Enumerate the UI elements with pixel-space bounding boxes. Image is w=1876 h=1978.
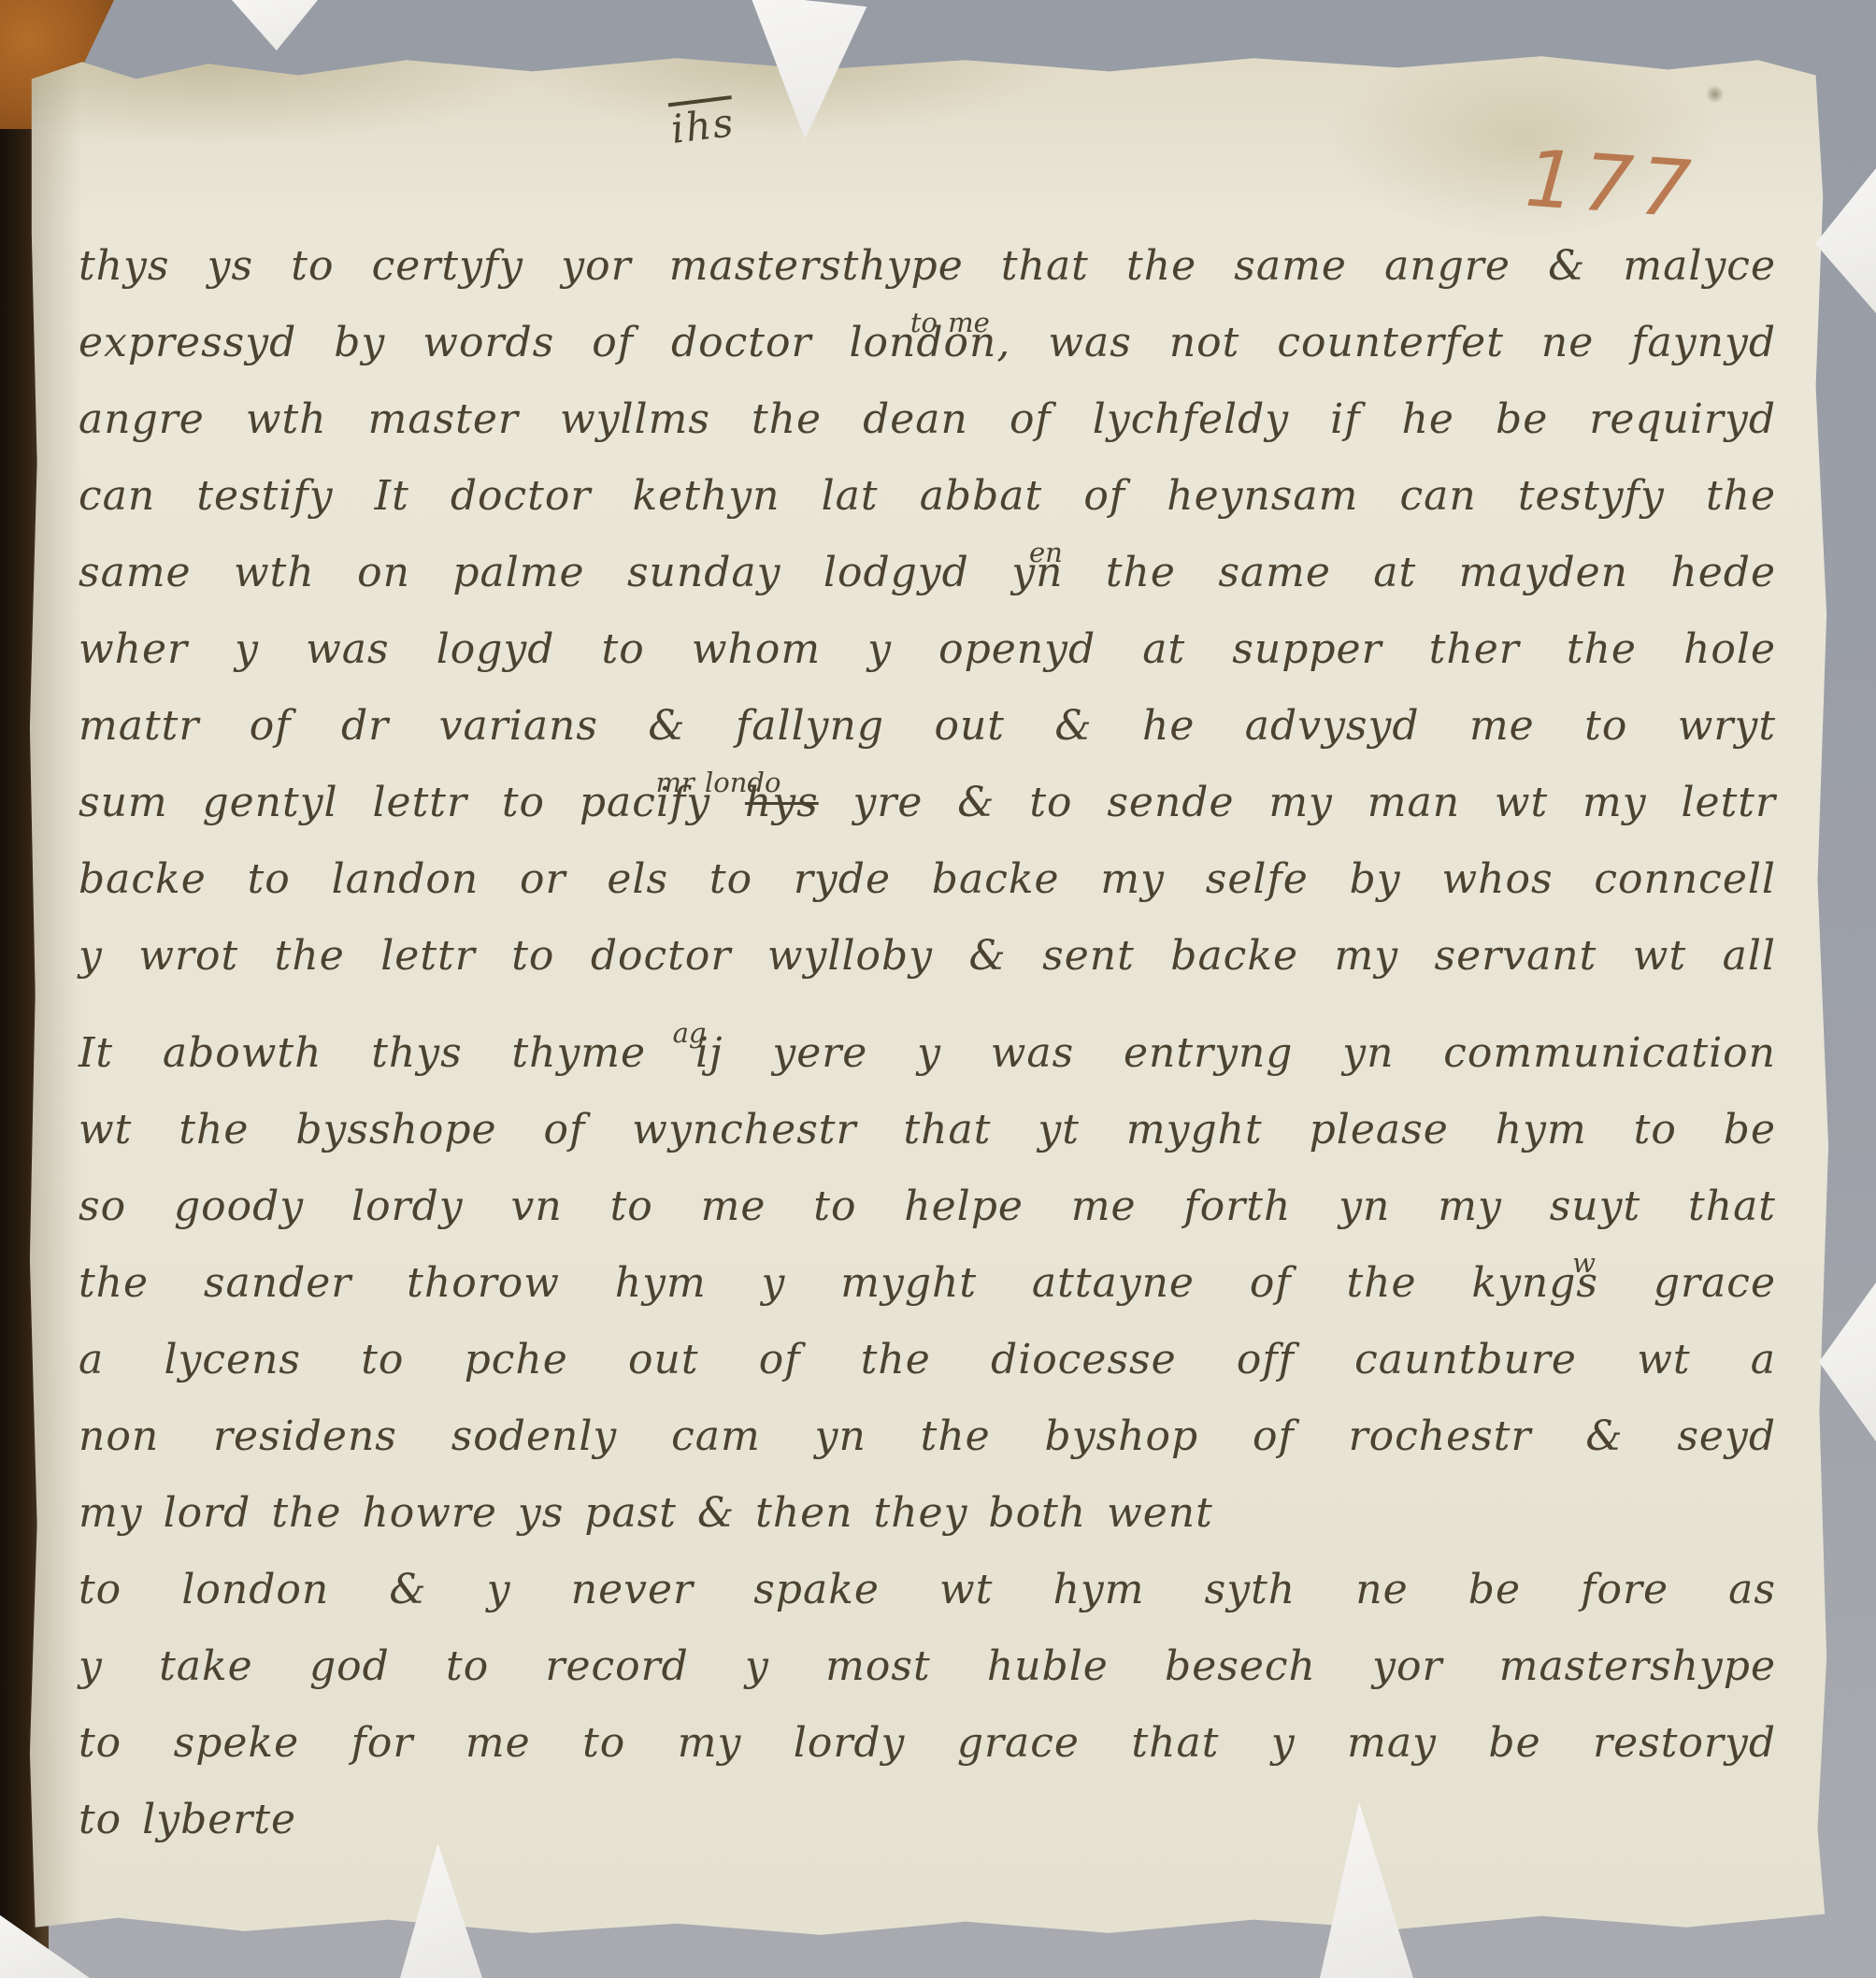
line-text: sum gentyl lettr to pacify [79,779,745,826]
manuscript-line: to lyberte [79,1782,1776,1858]
manuscript-line: to london & y never spake wt hym syth ne… [79,1552,1776,1628]
line-text: yre & to sende my man wt my lettr [819,779,1776,826]
manuscript-line: mattr of dr varians & fallyng out & he a… [79,688,1776,765]
manuscript-line: can testify It doctor kethyn lat abbat o… [79,458,1776,535]
manuscript-line: to speke for me to my lordy grace that y… [79,1705,1776,1782]
line-text: It abowth thys thyme ij yere y was entry… [79,1029,1776,1077]
manuscript-line: y take god to record y most huble besech… [79,1628,1776,1705]
manuscript-text: thys ys to certyfy yor mastersthype that… [28,45,1830,1858]
manuscript-line: en same wth on palme sunday lodgyd yn th… [79,535,1776,611]
interlinear-insertion: en [1029,514,1063,591]
mounting-tab [1819,1283,1876,1441]
manuscript-line: wt the bysshope of wynchestr that yt myg… [79,1092,1776,1168]
line-text: the sander thorow hym y myght attayne of… [79,1259,1776,1307]
manuscript-line: so goody lordy vn to me to helpe me fort… [79,1168,1776,1245]
line-text: same wth on palme sunday lodgyd yn the s… [79,549,1776,596]
manuscript-line: my lord the howre ys past & then they bo… [79,1475,1776,1552]
interlinear-insertion: mr londo [655,744,780,821]
mounting-tab [232,0,318,50]
manuscript-line: w the sander thorow hym y myght attayne … [79,1245,1776,1322]
interlinear-insertion: ag [673,995,707,1071]
manuscript-page: ihs 177 thys ys to certyfy yor mastersth… [28,45,1830,1942]
photograph-background: ihs 177 thys ys to certyfy yor mastersth… [0,0,1876,1978]
manuscript-line: wher y was logyd to whom y openyd at sup… [79,611,1776,688]
manuscript-line: a lycens to pche out of the diocesse off… [79,1322,1776,1398]
interlinear-insertion: w [1572,1225,1596,1301]
manuscript-line: to me expressyd by words of doctor londo… [79,305,1776,381]
manuscript-line: mr londo sum gentyl lettr to pacify hys … [79,765,1776,841]
manuscript-line: angre wth master wyllms the dean of lych… [79,381,1776,458]
manuscript-line: y wrot the lettr to doctor wylloby & sen… [79,918,1776,995]
mounting-tab [1815,168,1876,313]
interlinear-insertion: to me [910,284,990,361]
manuscript-line: non residens sodenly cam yn the byshop o… [79,1398,1776,1475]
manuscript-line: ag It abowth thys thyme ij yere y was en… [79,1015,1776,1092]
manuscript-line: backe to landon or els to ryde backe my … [79,841,1776,918]
